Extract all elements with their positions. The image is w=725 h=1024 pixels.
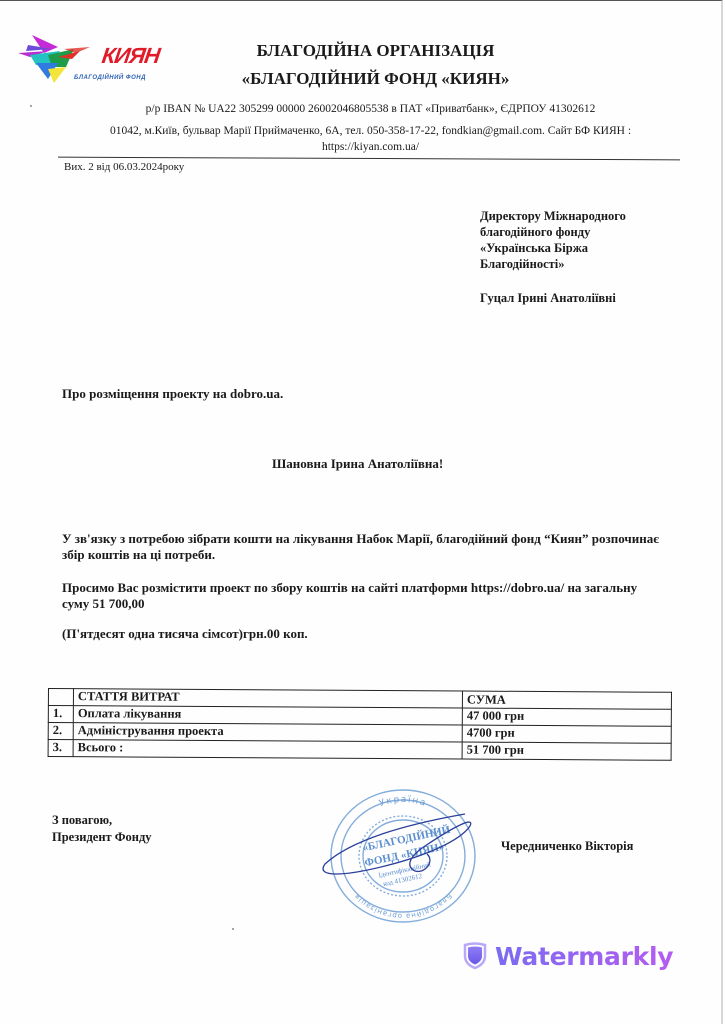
addressee-line: Директору Міжнародного	[480, 208, 680, 224]
bank-details: р/р IBAN № UA22 305299 00000 26002046805…	[0, 103, 721, 115]
scan-speck	[30, 105, 32, 107]
body-paragraph-2: Просимо Вас розмістити проект по збору к…	[62, 580, 662, 612]
header-num-cell	[48, 689, 73, 706]
addressee-block: Директору Міжнародного благодійного фонд…	[480, 208, 680, 272]
letterhead-divider	[58, 157, 680, 161]
row-sum: 4700 грн	[462, 725, 671, 743]
scan-speck	[232, 928, 234, 930]
watermark-text: Watermarkly	[495, 942, 673, 971]
body-paragraph-3: (П'ятдесят одна тисяча сімсот)грн.00 коп…	[62, 626, 662, 642]
row-sum: 51 700 грн	[462, 742, 671, 760]
row-item: Всього :	[73, 740, 462, 759]
addressee-line: Благодійності»	[480, 256, 680, 272]
outgoing-reference: Вих. 2 від 06.03.2024року	[64, 161, 184, 173]
header-sum: СУМА	[462, 691, 671, 709]
website-link[interactable]: https://kiyan.com.ua/	[0, 141, 721, 153]
signer-name: Чередниченко Вікторія	[501, 839, 633, 854]
addressee-name: Гуцал Ірині Анатоліївні	[480, 291, 616, 306]
letter-page: КИЯН БЛАГОДІЙНИЙ ФОНД БЛАГОДІЙНА ОРГАНІЗ…	[0, 0, 723, 1024]
org-title-line2: «БЛАГОДІЙНИЙ ФОНД «КИЯН»	[0, 69, 721, 89]
official-stamp: Україна Благодійна організація «БЛАГОДІЙ…	[315, 786, 480, 926]
shield-icon	[462, 942, 488, 970]
addressee-line: «Українська Біржа	[480, 240, 680, 256]
body-paragraph-1: У зв'язку з потребою зібрати кошти на лі…	[62, 531, 662, 563]
letter-subject: Про розміщення проекту на dobro.ua.	[62, 386, 283, 402]
table-row: 3. Всього : 51 700 грн	[48, 740, 671, 761]
svg-text:Україна: Україна	[378, 795, 428, 809]
salutation: Шановна Ірина Анатоліївна!	[272, 456, 443, 472]
stamp-top-text: Україна	[378, 795, 428, 809]
addressee-line: благодійного фонду	[480, 224, 680, 240]
row-num: 2.	[48, 723, 73, 740]
address-contacts: 01042, м.Київ, бульвар Марії Приймаченко…	[0, 125, 721, 137]
expenses-table: СТАТТЯ ВИТРАТ СУМА 1. Оплата лікування 4…	[48, 688, 672, 761]
signer-position: Президент Фонду	[52, 829, 152, 846]
row-num: 1.	[48, 706, 73, 723]
stamp-seal-icon: Україна Благодійна організація «БЛАГОДІЙ…	[315, 786, 480, 926]
closing-regards: З повагою,	[52, 812, 152, 829]
org-title-line1: БЛАГОДІЙНА ОРГАНІЗАЦІЯ	[0, 41, 721, 61]
row-sum: 47 000 грн	[462, 708, 671, 726]
watermark: Watermarkly	[462, 939, 673, 973]
row-num: 3.	[48, 740, 73, 757]
closing-block: З повагою, Президент Фонду	[52, 812, 152, 846]
